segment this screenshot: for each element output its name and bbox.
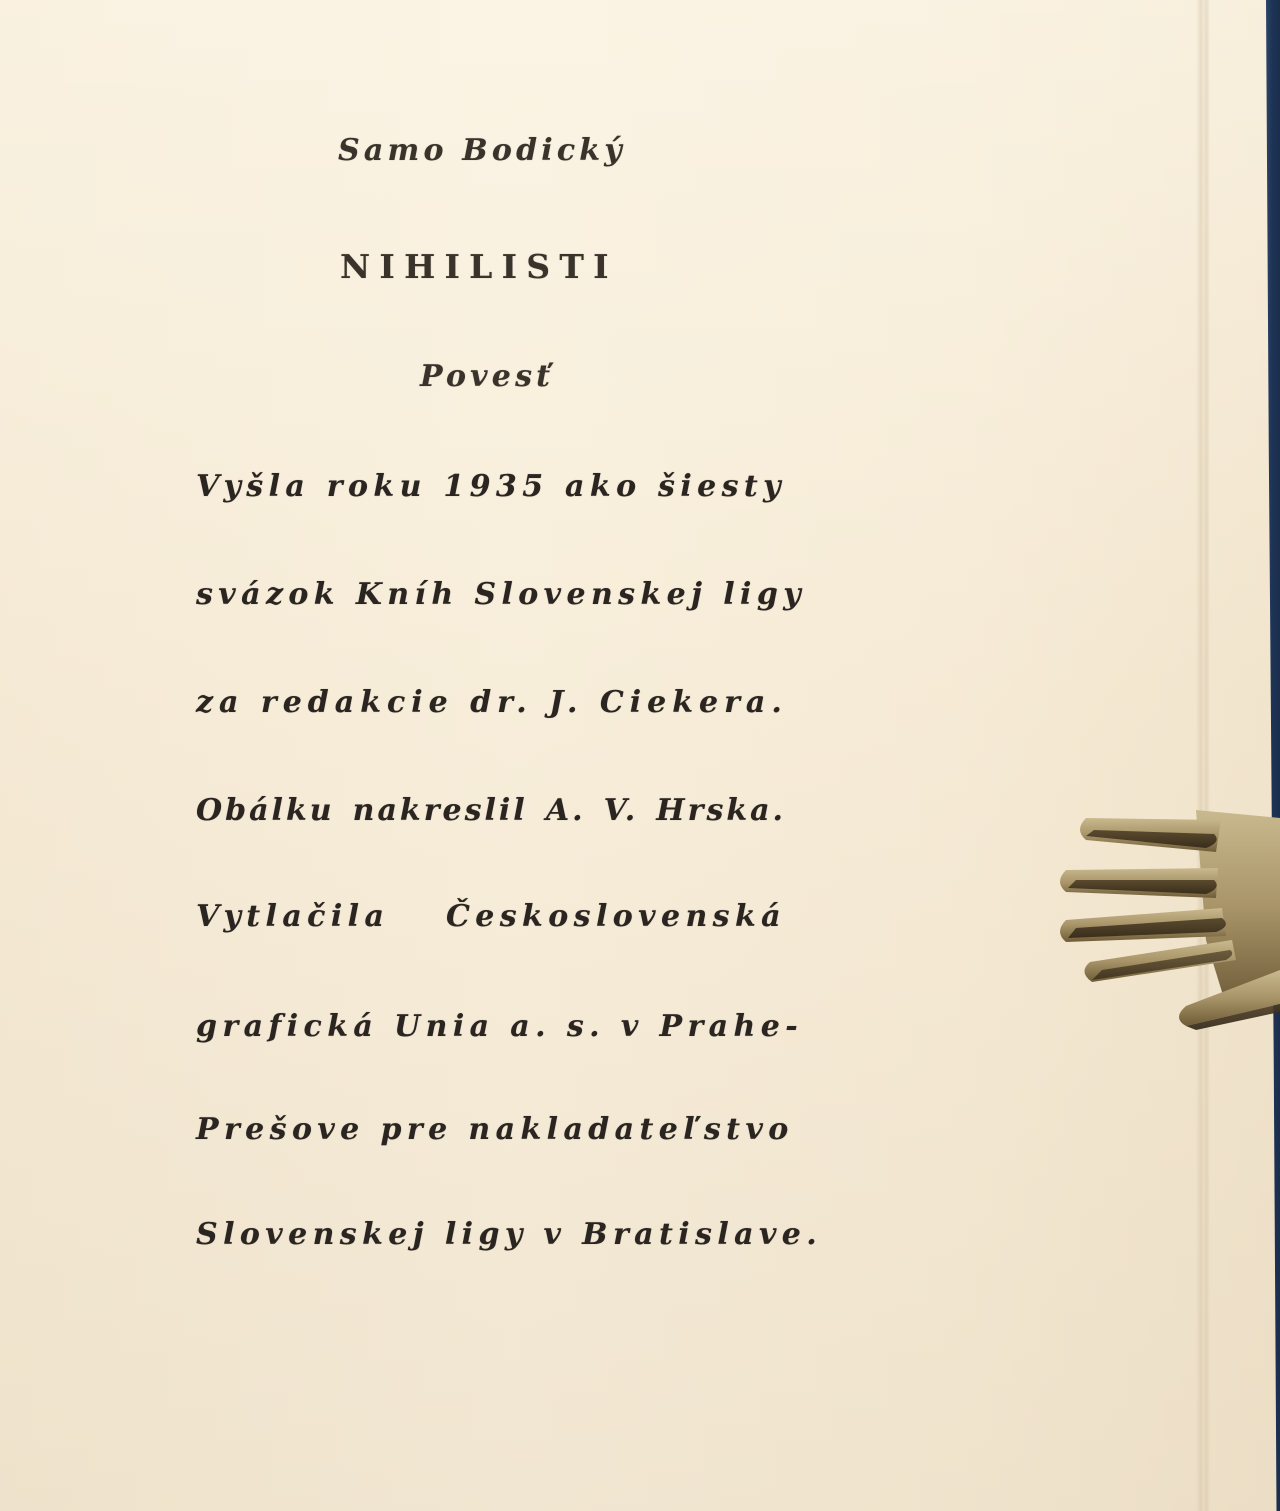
colophon-line: svázok Kníh Slovenskej ligy — [196, 580, 786, 610]
colophon-line: za redakcie dr. J. Ciekera. — [196, 688, 786, 718]
colophon-line: Prešove pre nakladateľstvo — [196, 1115, 786, 1145]
book-genre: Povesť — [420, 362, 554, 392]
book-page: Samo Bodický NIHILISTI Povesť Vyšla roku… — [0, 0, 1280, 1511]
colophon-line: grafická Unia a. s. v Prahe- — [196, 1012, 786, 1042]
colophon-line: Vytlačila Československá — [196, 902, 786, 932]
book-title: NIHILISTI — [340, 250, 618, 283]
brass-hand-bookmark-icon — [1046, 790, 1280, 1030]
colophon-line: Vyšla roku 1935 ako šiesty — [196, 472, 786, 502]
colophon-text: Samo Bodický NIHILISTI Povesť Vyšla roku… — [0, 0, 1280, 1511]
colophon-line: Slovenskej ligy v Bratislave. — [196, 1220, 786, 1250]
colophon-line: Obálku nakreslil A. V. Hrska. — [196, 796, 786, 826]
author-name: Samo Bodický — [338, 136, 626, 166]
